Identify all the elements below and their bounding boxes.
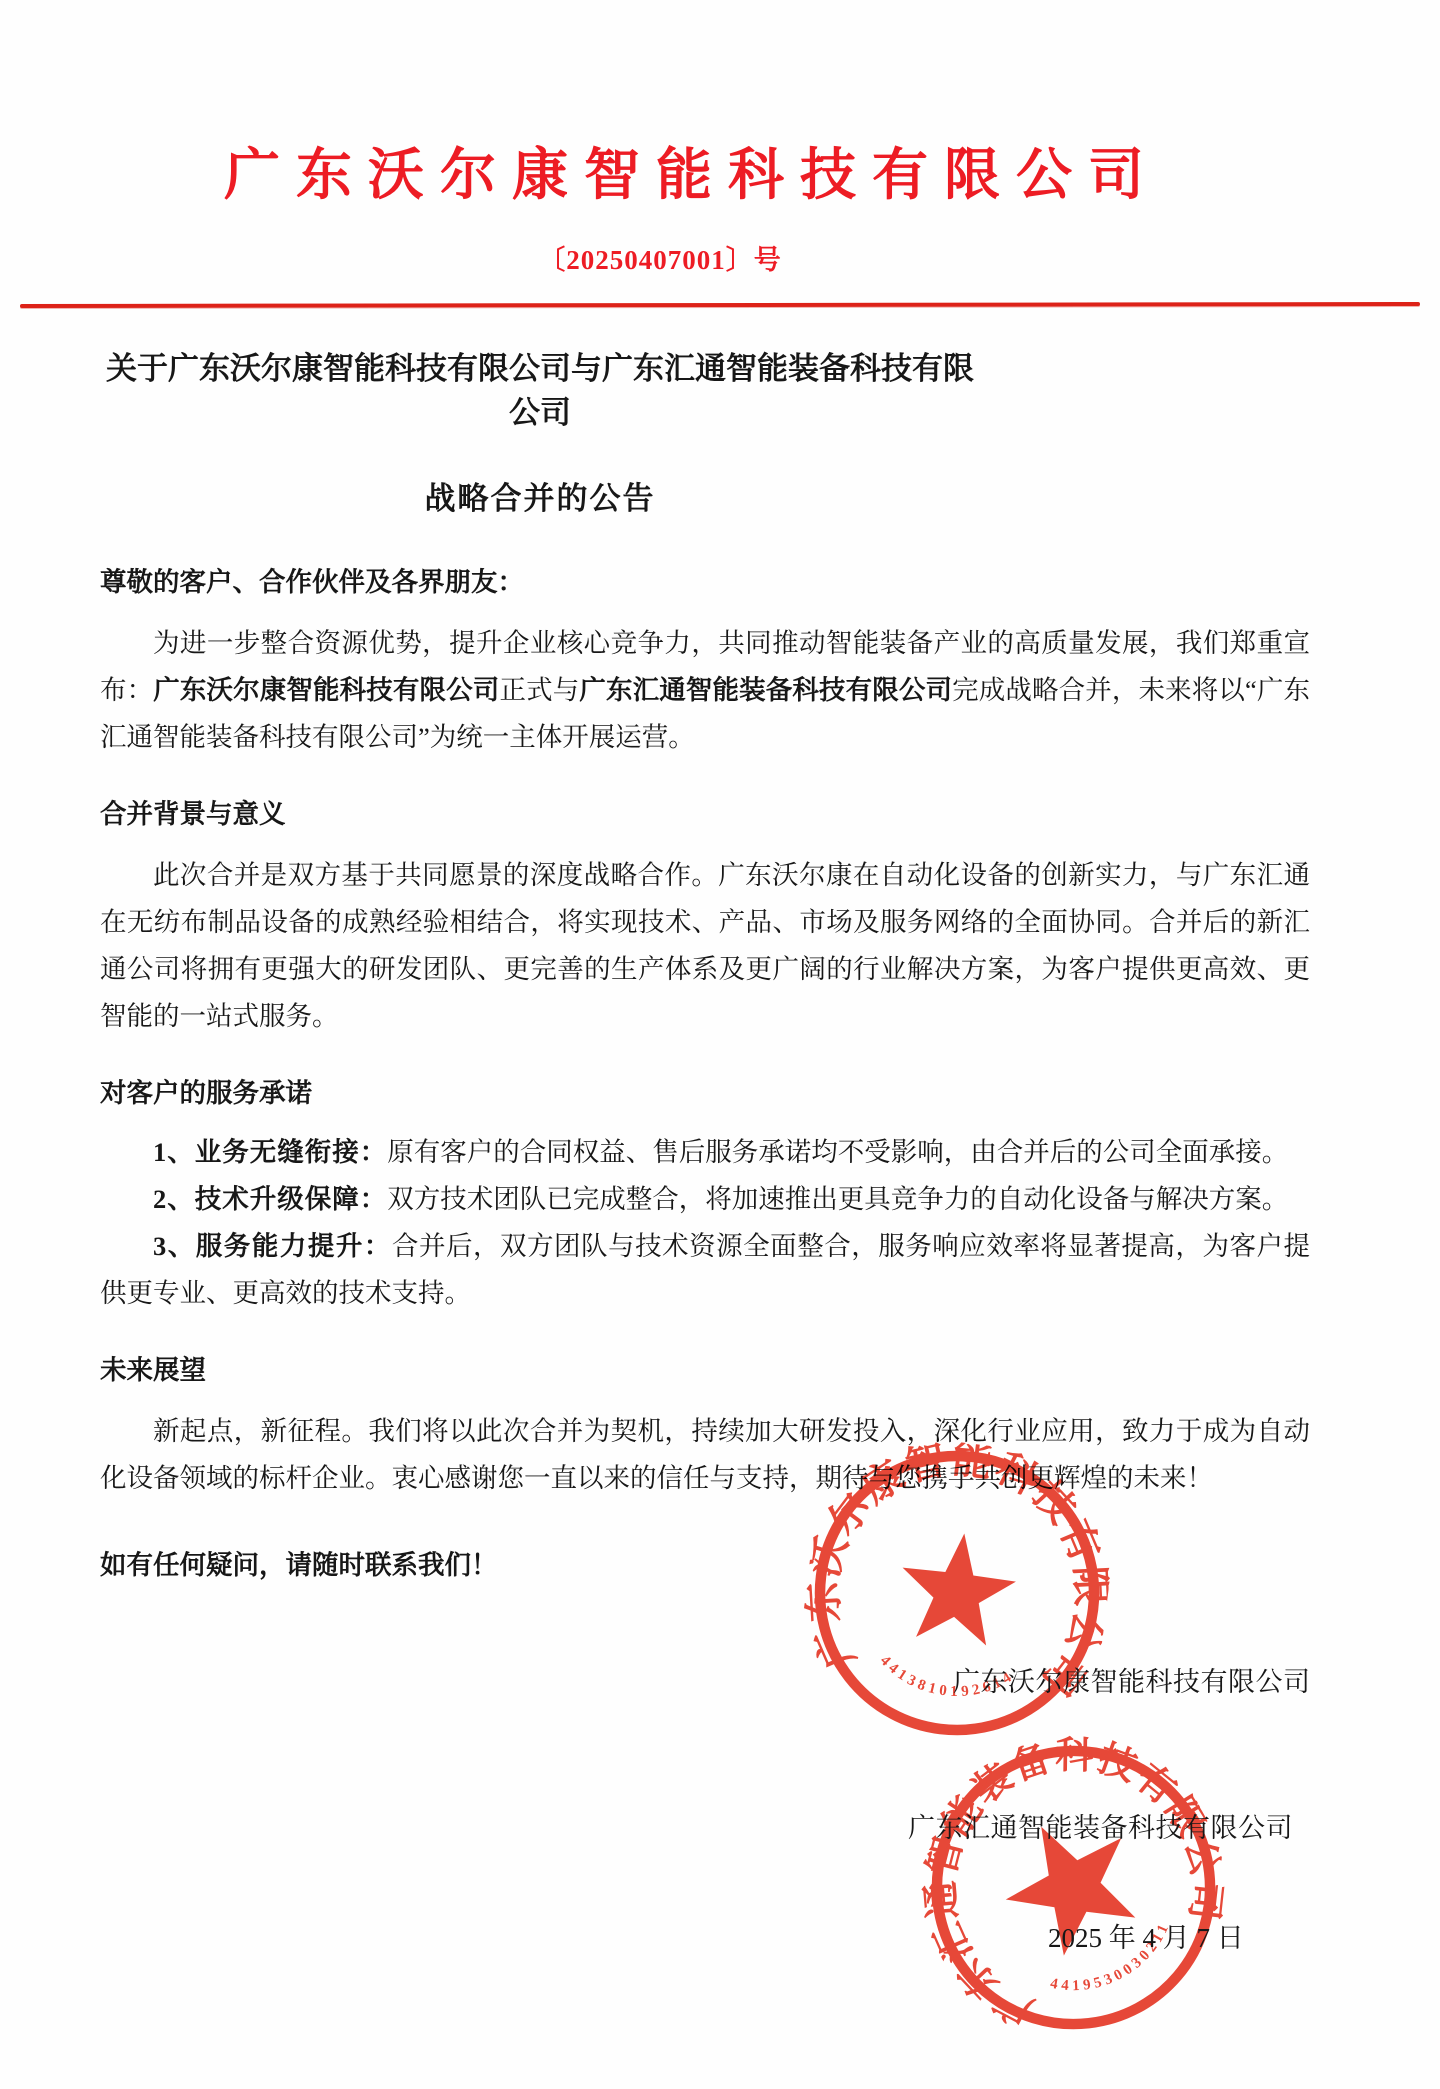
seal-star-icon xyxy=(983,1796,1157,1967)
announcement-title-line1: 关于广东沃尔康智能科技有限公司与广东汇通智能装备科技有限公司 xyxy=(100,347,980,435)
promise-item-1-text: 原有客户的合同权益、售后服务承诺均不受影响，由合并后的公司全面承接。 xyxy=(387,1137,1288,1167)
background-paragraph: 此次合并是双方基于共同愿景的深度战略合作。广东沃尔康在自动化设备的创新实力，与广… xyxy=(100,852,1310,1040)
huitong-company-seal: 广东汇通智能装备科技有限公司 4419530030211 xyxy=(871,1685,1275,2089)
announcement-title-line2: 战略合并的公告 xyxy=(100,477,980,521)
promise-item-1: 1、业务无缝衔接：原有客户的合同权益、售后服务承诺均不受影响，由合并后的公司全面… xyxy=(100,1129,1310,1176)
intro-company-b: 广东汇通智能装备科技有限公司 xyxy=(579,675,952,705)
seal-ring xyxy=(889,1703,1258,2072)
letterhead-company-name: 广东沃尔康智能科技有限公司 xyxy=(0,146,1412,208)
seal-serial-number: 4413810192614 xyxy=(873,1652,1019,1708)
signature-date: 2025 年 4 月 7 日 xyxy=(1048,1916,1244,1955)
signature-company-b: 广东汇通智能装备科技有限公司 xyxy=(908,1806,1293,1845)
promise-item-2-text: 双方技术团队已完成整合，将加速推出更具竞争力的自动化设备与解决方案。 xyxy=(387,1184,1288,1214)
signature-company-a: 广东沃尔康智能科技有限公司 xyxy=(953,1660,1311,1699)
section-heading-promises: 对客户的服务承诺 xyxy=(100,1070,1310,1117)
outlook-paragraph: 新起点，新征程。我们将以此次合并为契机，持续加大研发投入，深化行业应用，致力于成… xyxy=(100,1408,1310,1502)
promise-item-2: 2、技术升级保障：双方技术团队已完成整合，将加速推出更具竞争力的自动化设备与解决… xyxy=(100,1176,1310,1223)
document-body: 尊敬的客户、合作伙伴及各界朋友： 为进一步整合资源优势，提升企业核心竞争力，共同… xyxy=(100,559,1310,1589)
promise-item-2-label: 2、技术升级保障： xyxy=(153,1184,387,1214)
intro-mid: 正式与 xyxy=(499,675,579,705)
announcement-title: 关于广东沃尔康智能科技有限公司与广东汇通智能装备科技有限公司 战略合并的公告 xyxy=(100,347,980,521)
seal-serial-number: 4419530030211 xyxy=(1043,1914,1186,2015)
section-heading-background: 合并背景与意义 xyxy=(100,791,1310,838)
announcement-document-page: 广东沃尔康智能科技有限公司 〔20250407001〕号 关于广东沃尔康智能科技… xyxy=(0,0,1440,2089)
promise-item-3: 3、服务能力提升：合并后，双方团队与技术资源全面整合，服务响应效率将显著提高，为… xyxy=(100,1223,1310,1317)
closing-line: 如有任何疑问，请随时联系我们！ xyxy=(100,1542,1310,1589)
intro-company-a: 广东沃尔康智能科技有限公司 xyxy=(153,675,499,705)
red-divider-rule xyxy=(20,302,1420,308)
promise-list: 1、业务无缝衔接：原有客户的合同权益、售后服务承诺均不受影响，由合并后的公司全面… xyxy=(100,1129,1310,1317)
promise-item-3-label: 3、服务能力提升： xyxy=(153,1231,392,1261)
seal-ring-text: 广东汇通智能装备科技有限公司 xyxy=(871,1685,1257,2050)
salutation: 尊敬的客户、合作伙伴及各界朋友： xyxy=(100,559,1310,606)
intro-paragraph: 为进一步整合资源优势，提升企业核心竞争力，共同推动智能装备产业的高质量发展，我们… xyxy=(100,620,1310,761)
section-heading-outlook: 未来展望 xyxy=(100,1347,1310,1394)
document-number: 〔20250407001〕号 xyxy=(0,238,1380,277)
promise-item-1-label: 1、业务无缝衔接： xyxy=(153,1137,387,1167)
